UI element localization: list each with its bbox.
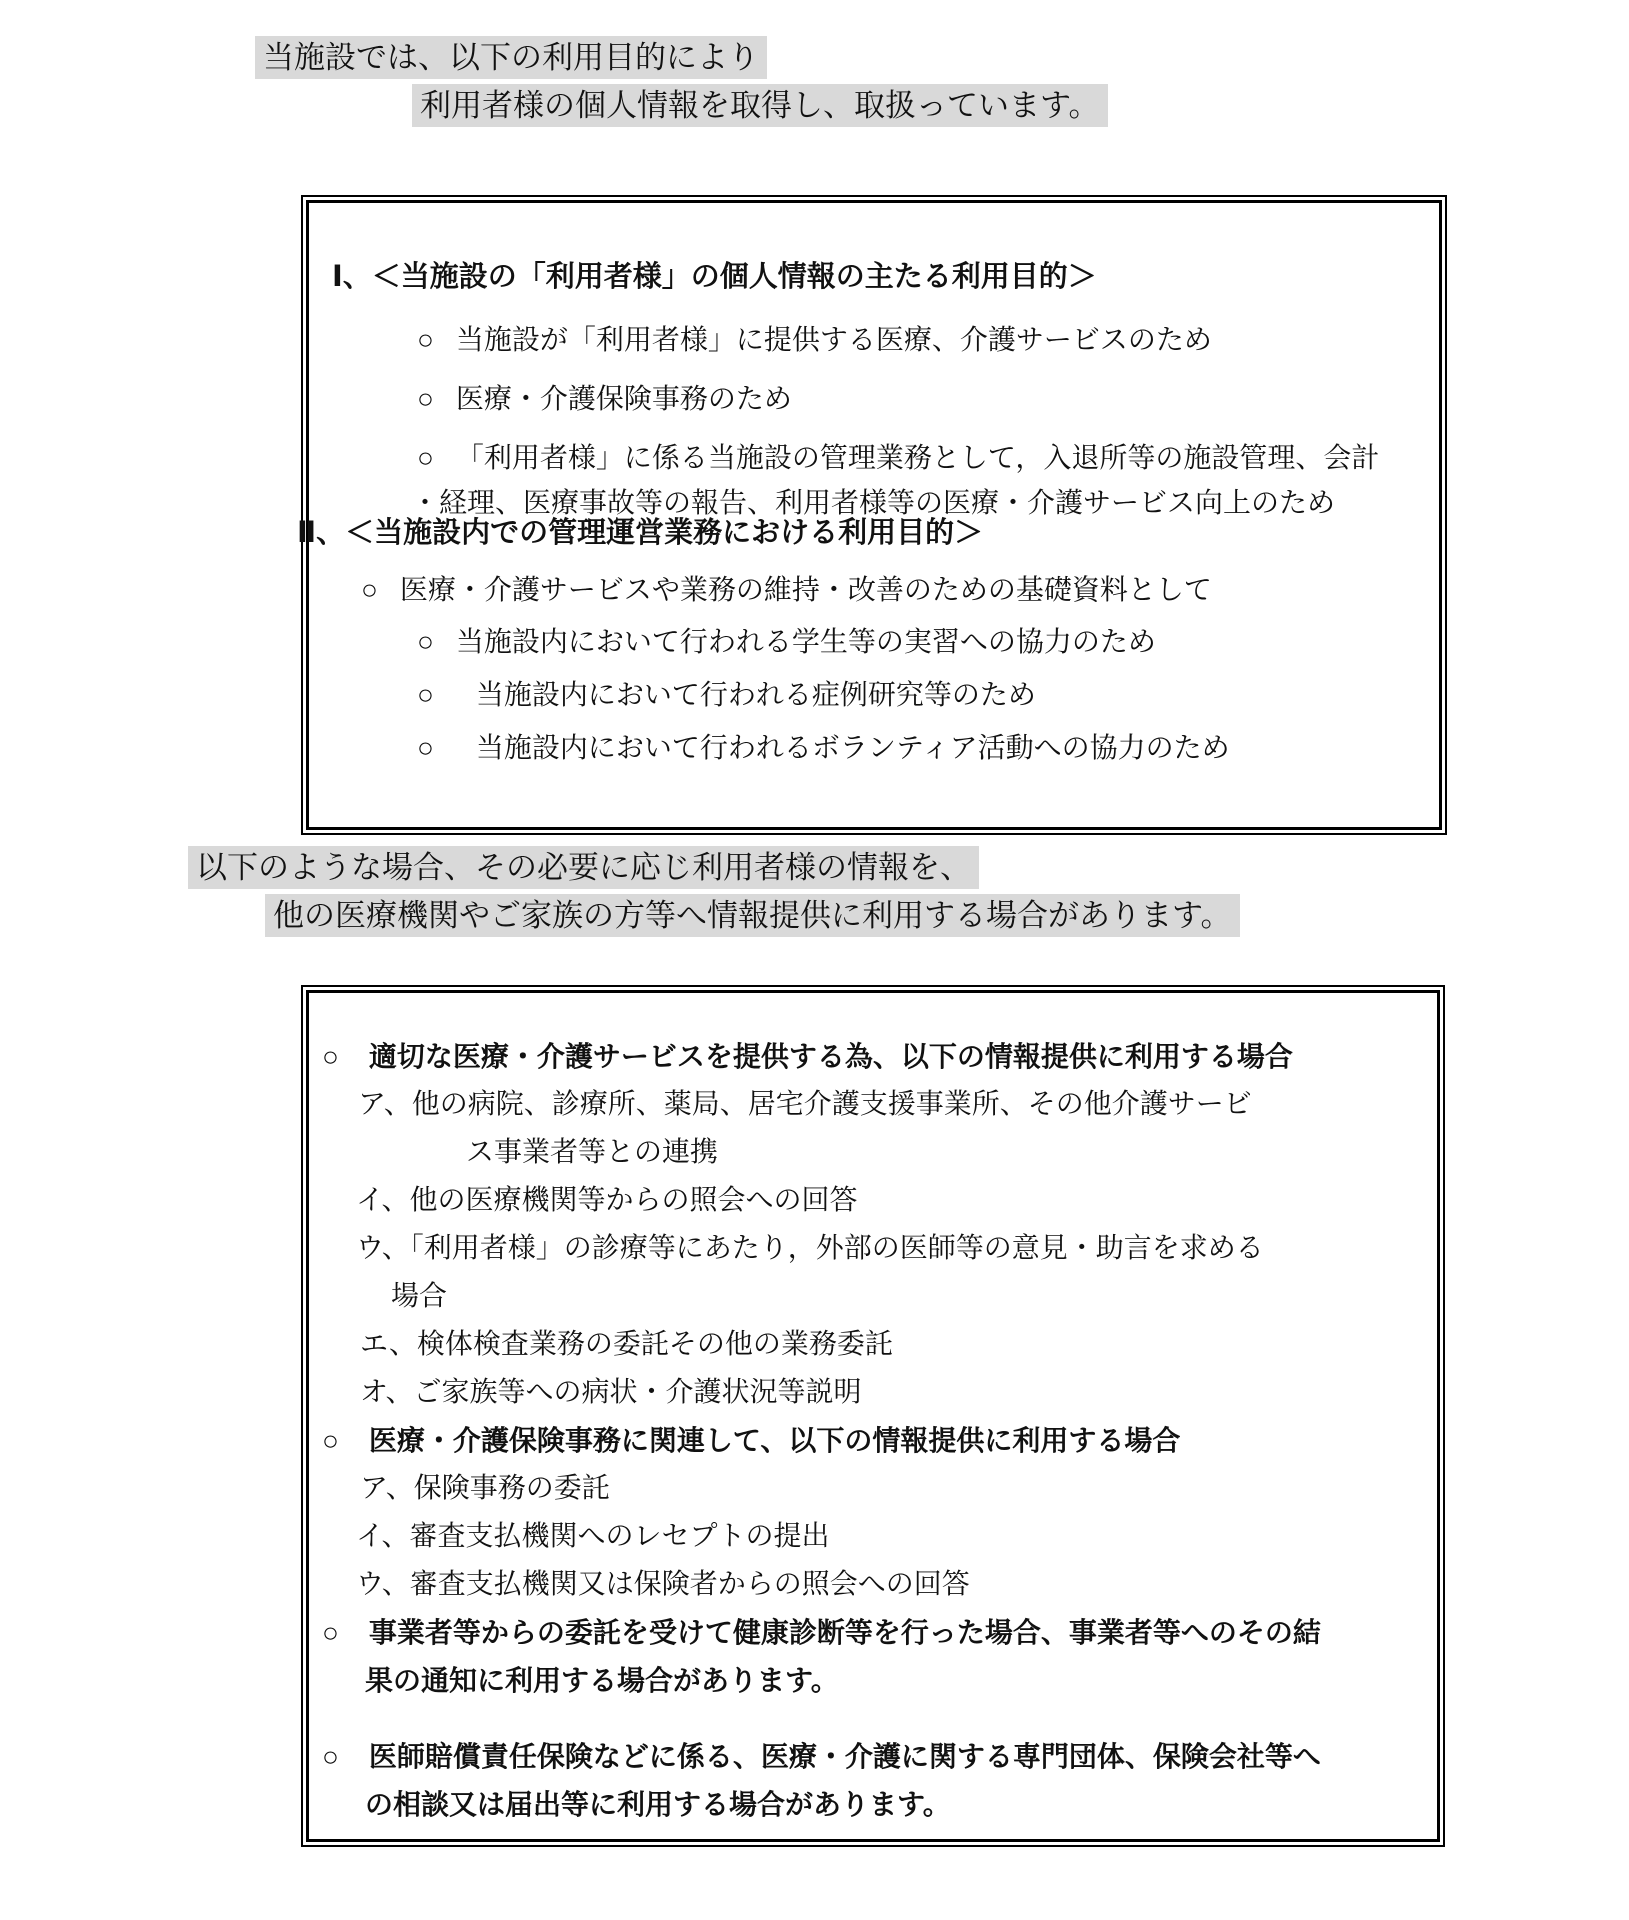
provision-intro-line-1-text: 以下のような場合、その必要に応じ利用者様の情報を、	[188, 846, 979, 889]
group1-item-c1: ウ、「利用者様」の診療等にあたり，外部の医師等の意見・助言を求める	[356, 1231, 1264, 1267]
section1-item-1: ○当施設が「利用者様」に提供する医療、介護サービスのため	[417, 323, 1212, 359]
circle-bullet-icon: ○	[417, 731, 434, 767]
intro-line-1: 当施設では、以下の利用目的により	[255, 38, 767, 78]
group2-item-b: イ、審査支払機関へのレセプトの提出	[356, 1519, 829, 1555]
circle-bullet-icon: ○	[417, 323, 434, 359]
intro-line-2: 利用者様の個人情報を取得し、取扱っています。	[412, 86, 1108, 126]
provision-intro-line-2: 他の医療機関やご家族の方等へ情報提供に利用する場合があります。	[265, 896, 1240, 936]
circle-bullet-icon: ○	[361, 573, 378, 609]
section2-sub-item-2-text: 当施設内において行われる症例研究等のため	[476, 680, 1036, 711]
circle-bullet-icon: ○	[322, 1739, 339, 1775]
group4-line-1-text: 医師賠償責任保険などに係る、医療・介護に関する専門団体、保険会社等へ	[369, 1741, 1321, 1772]
group1-heading-text: 適切な医療・介護サービスを提供する為、以下の情報提供に利用する場合	[369, 1041, 1293, 1072]
group2-heading-text: 医療・介護保険事務に関連して、以下の情報提供に利用する場合	[369, 1425, 1180, 1456]
section2-heading: Ⅱ、＜当施設内での管理運営業務における利用目的＞	[297, 515, 983, 553]
circle-bullet-icon: ○	[417, 441, 434, 477]
group1-item-e: オ、ご家族等への病状・介護状況等説明	[360, 1375, 861, 1411]
section2-sub-item-1: ○当施設内において行われる学生等の実習への協力のため	[417, 625, 1156, 661]
group2-heading: ○医療・介護保険事務に関連して、以下の情報提供に利用する場合	[322, 1423, 1180, 1459]
circle-bullet-icon: ○	[322, 1423, 339, 1459]
group1-item-d: エ、検体検査業務の委託その他の業務委託	[360, 1327, 893, 1363]
provision-intro-line-1: 以下のような場合、その必要に応じ利用者様の情報を、	[188, 848, 979, 888]
section2-sub-item-3-text: 当施設内において行われるボランティア活動への協力のため	[476, 733, 1230, 764]
section1-heading: Ⅰ、＜当施設の「利用者様」の個人情報の主たる利用目的＞	[332, 259, 1097, 297]
group3-line-1-text: 事業者等からの委託を受けて健康診断等を行った場合、事業者等へのその結	[369, 1617, 1321, 1648]
group1-heading: ○適切な医療・介護サービスを提供する為、以下の情報提供に利用する場合	[322, 1039, 1293, 1075]
circle-bullet-icon: ○	[417, 382, 434, 418]
provision-intro-line-2-text: 他の医療機関やご家族の方等へ情報提供に利用する場合があります。	[265, 894, 1240, 937]
section2-lead-item-text: 医療・介護サービスや業務の維持・改善のための基礎資料として	[400, 575, 1212, 606]
section2-lead-item: ○医療・介護サービスや業務の維持・改善のための基礎資料として	[361, 573, 1212, 609]
intro-line-2-text: 利用者様の個人情報を取得し、取扱っています。	[412, 84, 1108, 127]
section1-item-3-text: 「利用者様」に係る当施設の管理業務として，入退所等の施設管理、会計	[456, 443, 1379, 474]
section2-sub-item-3: ○当施設内において行われるボランティア活動への協力のため	[417, 731, 1230, 767]
section1-item-1-text: 当施設が「利用者様」に提供する医療、介護サービスのため	[456, 325, 1212, 356]
group4-line-2: の相談又は届出等に利用する場合があります。	[365, 1787, 951, 1823]
group3-line-2: 果の通知に利用する場合があります。	[365, 1663, 839, 1699]
section1-item-2: ○医療・介護保険事務のため	[417, 382, 792, 418]
group4-line-1: ○医師賠償責任保険などに係る、医療・介護に関する専門団体、保険会社等へ	[322, 1739, 1321, 1775]
group3-line-1: ○事業者等からの委託を受けて健康診断等を行った場合、事業者等へのその結	[322, 1615, 1321, 1651]
circle-bullet-icon: ○	[322, 1039, 339, 1075]
group1-item-b: イ、他の医療機関等からの照会への回答	[356, 1183, 857, 1219]
section2-sub-item-2: ○当施設内において行われる症例研究等のため	[417, 678, 1036, 714]
purpose-box: Ⅰ、＜当施設の「利用者様」の個人情報の主たる利用目的＞ ○当施設が「利用者様」に…	[301, 195, 1447, 835]
circle-bullet-icon: ○	[417, 678, 434, 714]
group1-item-a2: ス事業者等との連携	[466, 1135, 718, 1171]
group2-item-c: ウ、審査支払機関又は保険者からの照会への回答	[356, 1567, 970, 1603]
circle-bullet-icon: ○	[322, 1615, 339, 1651]
provision-box: ○適切な医療・介護サービスを提供する為、以下の情報提供に利用する場合 ア、他の病…	[301, 985, 1445, 1847]
group2-item-a: ア、保険事務の委託	[360, 1471, 610, 1507]
section1-item-2-text: 医療・介護保険事務のため	[456, 384, 792, 415]
section2-sub-item-1-text: 当施設内において行われる学生等の実習への協力のため	[456, 627, 1156, 658]
section1-item-3: ○「利用者様」に係る当施設の管理業務として，入退所等の施設管理、会計	[417, 441, 1379, 477]
group1-item-c2: 場合	[391, 1279, 447, 1315]
document-page: { "glyphs": { "circle_bullet": "○" }, "c…	[0, 0, 1629, 1920]
intro-line-1-text: 当施設では、以下の利用目的により	[255, 36, 767, 79]
circle-bullet-icon: ○	[417, 625, 434, 661]
group1-item-a1: ア、他の病院、診療所、薬局、居宅介護支援事業所、その他介護サービ	[358, 1087, 1252, 1123]
